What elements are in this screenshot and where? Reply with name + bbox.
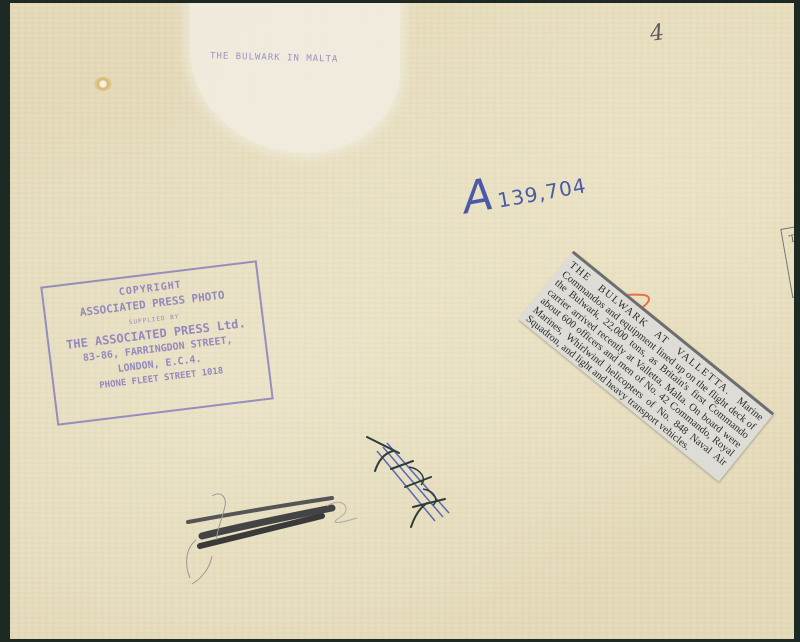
reference-number: A139,704 — [459, 153, 590, 225]
reference-digits: 139,704 — [496, 173, 589, 212]
copyright-stamp: COPYRIGHT ASSOCIATED PRESS PHOTO SUPPLIE… — [40, 260, 273, 426]
scan-frame: THE BULWARK IN MALTA 4 A139,704 COPYRIGH… — [0, 0, 800, 642]
stain-spot — [94, 77, 112, 91]
blue-pen-scribble — [365, 431, 455, 531]
torn-label-patch — [190, 3, 400, 153]
photo-back-paper: THE BULWARK IN MALTA 4 A139,704 COPYRIGH… — [10, 3, 794, 639]
page-number: 4 — [648, 20, 665, 47]
pencil-scribble — [182, 488, 362, 588]
edge-stamp: Th — [780, 222, 794, 298]
reference-prefix: A — [459, 169, 498, 224]
news-clipping: THE BULWARK AT VALLETTA. Marine Commando… — [518, 251, 774, 482]
